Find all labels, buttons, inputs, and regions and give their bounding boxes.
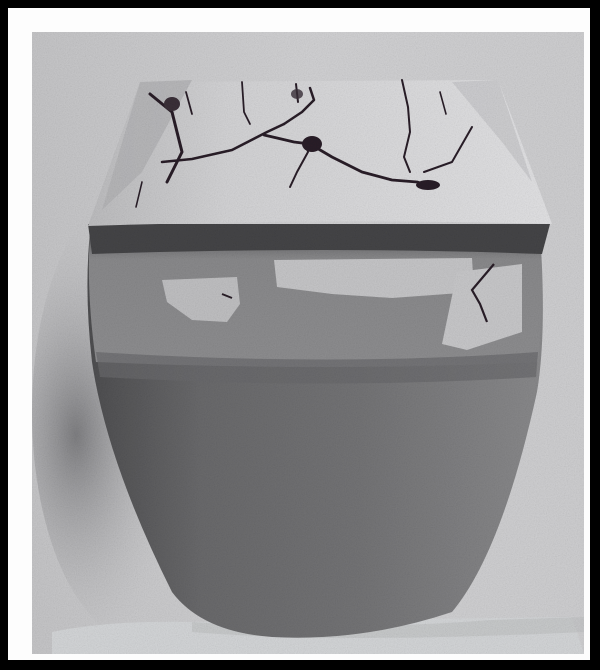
photograph: Black-and-white archival photograph of a… xyxy=(32,32,584,654)
jar-illustration xyxy=(32,32,584,654)
photo-frame: Black-and-white archival photograph of a… xyxy=(8,8,590,660)
